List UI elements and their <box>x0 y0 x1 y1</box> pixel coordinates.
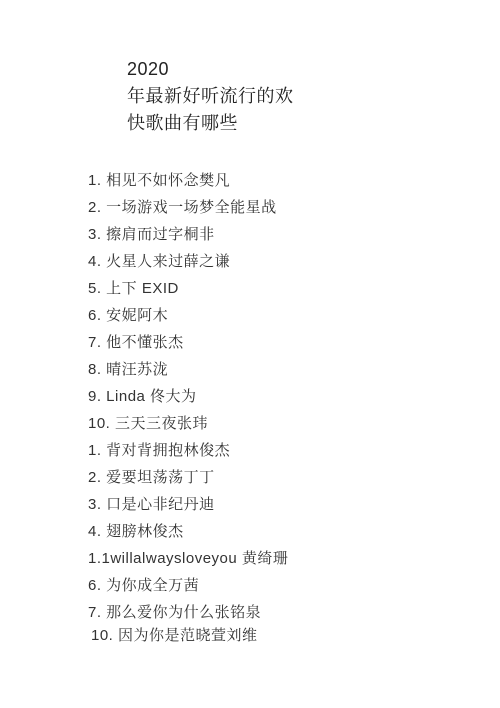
song-list-item: 3. 擦肩而过字桐非 <box>88 221 288 248</box>
song-list-item: 9. Linda 佟大为 <box>88 383 288 410</box>
song-list-1: 1. 相见不如怀念樊凡 2. 一场游戏一场梦全能星战 3. 擦肩而过字桐非 4.… <box>88 167 288 437</box>
song-list-item: 1. 背对背拥抱林俊杰 <box>88 437 288 464</box>
song-list-item: 4. 火星人来过薛之谦 <box>88 248 288 275</box>
song-list-item: 2. 爱要坦荡荡丁丁 <box>88 464 288 491</box>
song-list-item: 1. 相见不如怀念樊凡 <box>88 167 288 194</box>
title-line-1: 2020 <box>127 56 294 83</box>
song-list-item: 7. 他不懂张杰 <box>88 329 288 356</box>
song-list-2: 1. 背对背拥抱林俊杰 2. 爱要坦荡荡丁丁 3. 口是心非纪丹迪 4. 翅膀林… <box>88 437 288 649</box>
title-line-2: 年最新好听流行的欢 <box>127 83 294 110</box>
song-list-item: 8. 晴汪苏泷 <box>88 356 288 383</box>
song-list-item: 5. 上下 EXID <box>88 275 288 302</box>
title-line-3: 快歌曲有哪些 <box>127 110 294 137</box>
song-list-item: 10. 三天三夜张玮 <box>88 410 288 437</box>
article-page: 2020 年最新好听流行的欢 快歌曲有哪些 1. 相见不如怀念樊凡 2. 一场游… <box>0 0 500 708</box>
song-list-item: 1.1willalwaysloveyou 黄绮珊 <box>88 545 288 572</box>
song-list-item: 6. 为你成全万茜 <box>88 572 288 599</box>
page-title: 2020 年最新好听流行的欢 快歌曲有哪些 <box>127 56 294 137</box>
song-list-item: 10. 因为你是范晓萱刘维 <box>88 622 288 649</box>
song-list-item: 4. 翅膀林俊杰 <box>88 518 288 545</box>
song-list-item: 6. 安妮阿木 <box>88 302 288 329</box>
song-lists: 1. 相见不如怀念樊凡 2. 一场游戏一场梦全能星战 3. 擦肩而过字桐非 4.… <box>88 167 288 649</box>
song-list-item: 3. 口是心非纪丹迪 <box>88 491 288 518</box>
song-list-item: 2. 一场游戏一场梦全能星战 <box>88 194 288 221</box>
